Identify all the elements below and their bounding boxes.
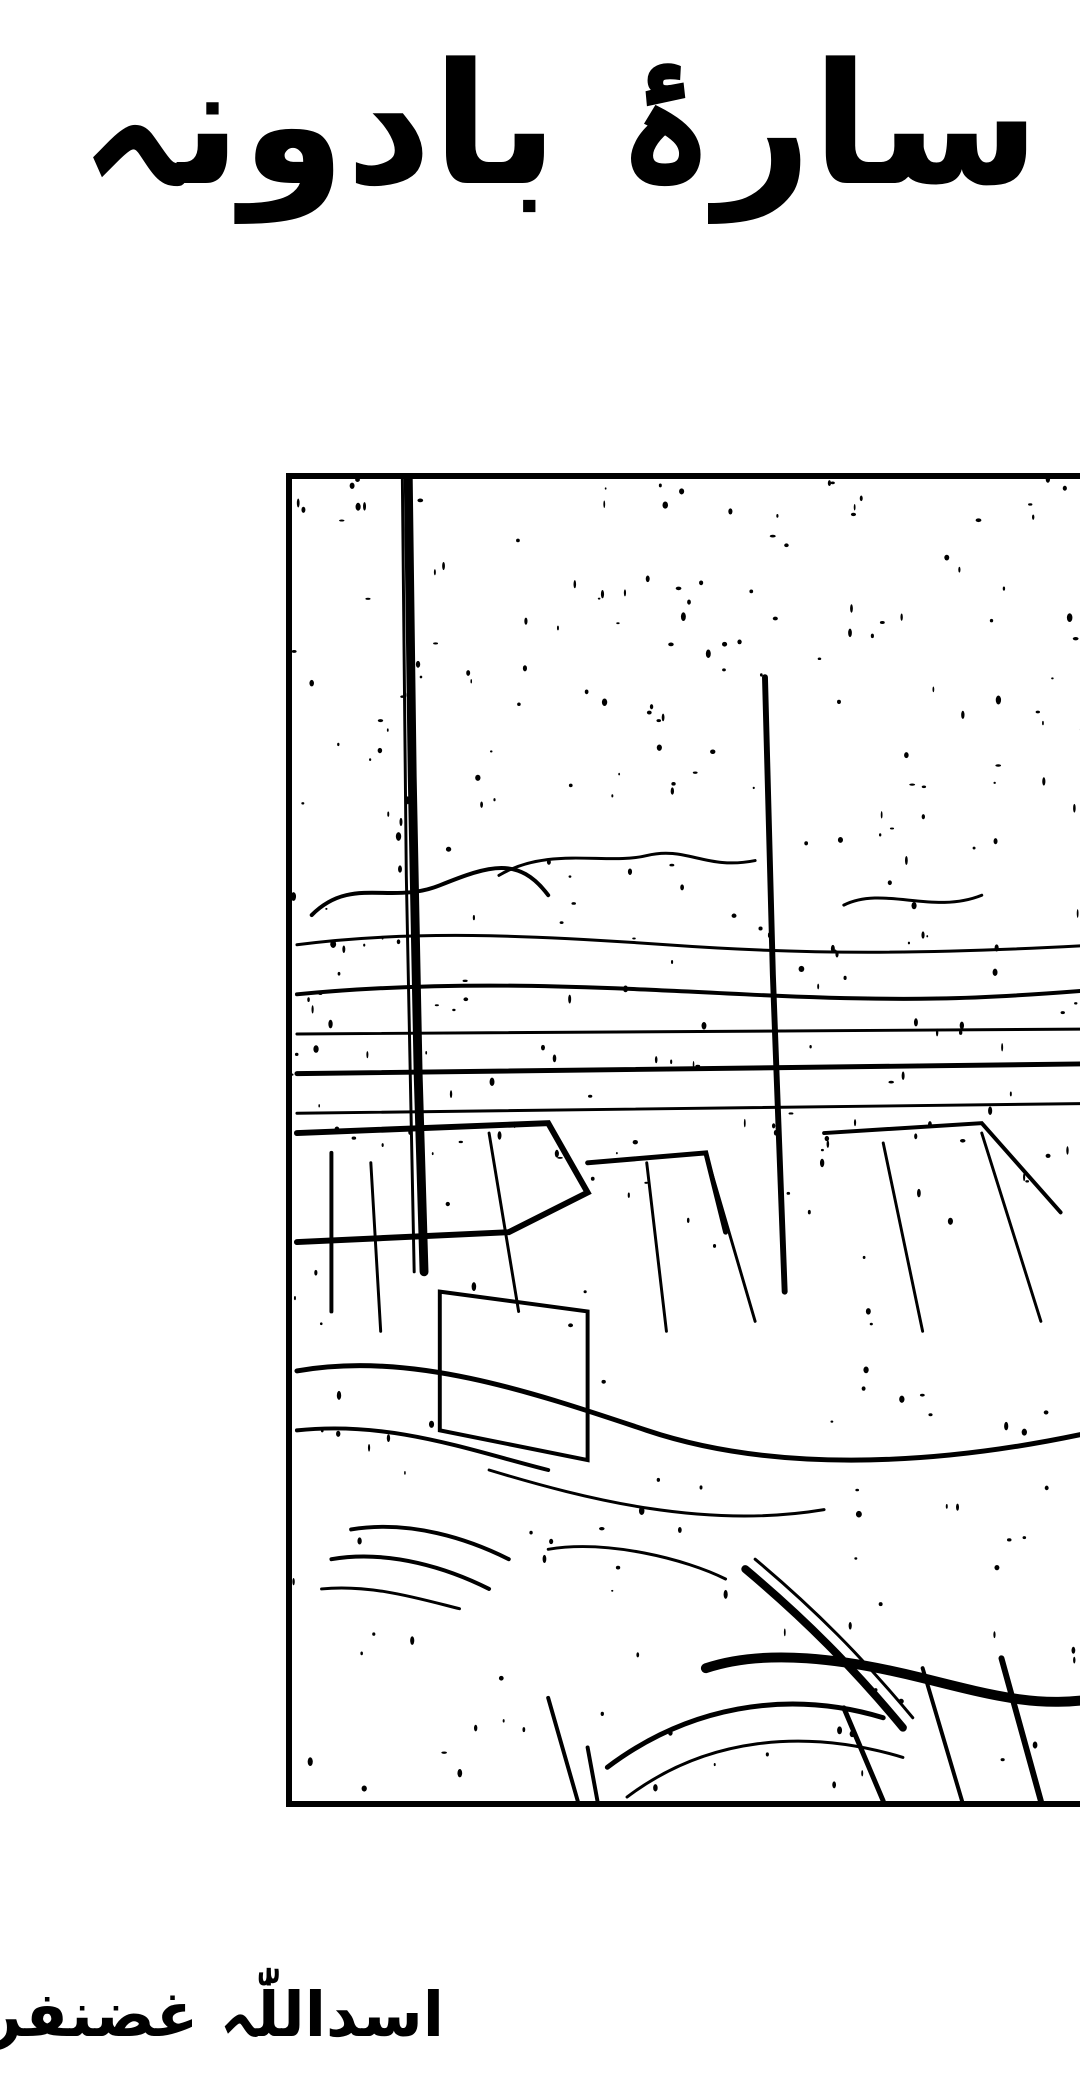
cover-illustration bbox=[286, 473, 1080, 1807]
sketch-artwork bbox=[292, 479, 1080, 1801]
book-title: سارۂ بادونہ bbox=[200, 10, 1080, 240]
author-name: اسداللّٰہ غضنفر bbox=[14, 1965, 444, 2065]
